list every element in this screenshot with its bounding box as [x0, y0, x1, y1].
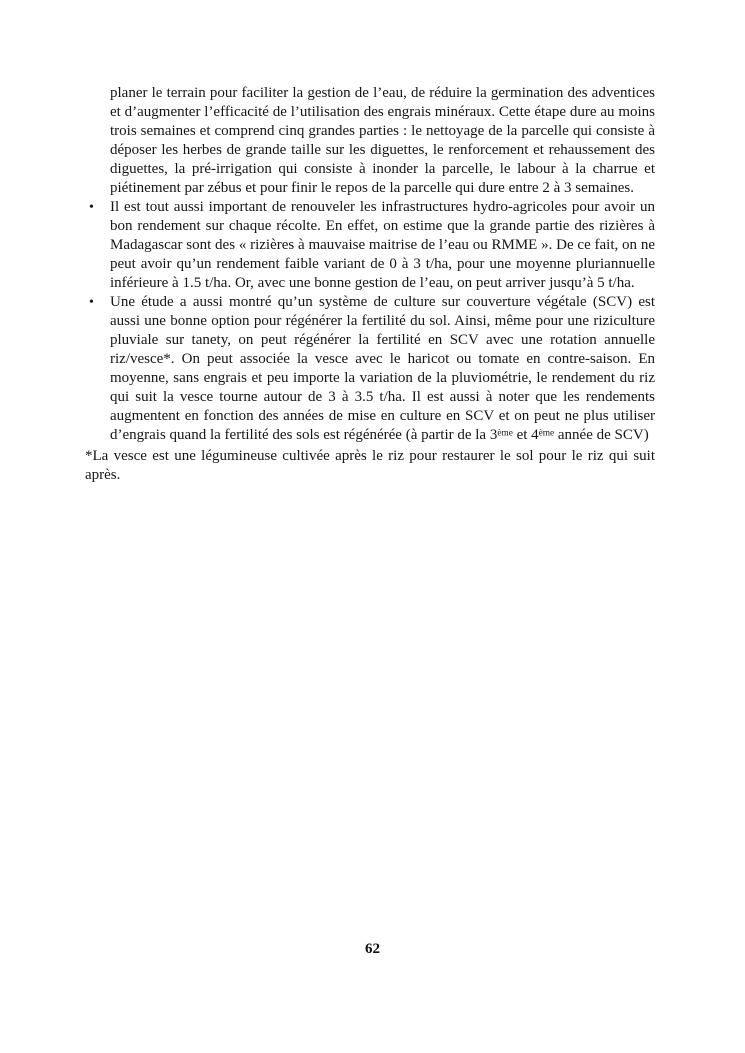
- superscript-ordinal: ème: [497, 428, 512, 438]
- superscript-ordinal: ème: [539, 428, 554, 438]
- intro-paragraph: planer le terrain pour faciliter la gest…: [110, 84, 655, 198]
- footnote-text: *La vesce est une légumineuse cultivée a…: [85, 447, 655, 485]
- text-segment: Une étude a aussi montré qu’un système d…: [110, 294, 655, 443]
- bullet-text-scv: Une étude a aussi montré qu’un système d…: [110, 293, 655, 445]
- bullet-text-infrastructures: Il est tout aussi important de renouvele…: [110, 198, 655, 293]
- text-segment: Il est tout aussi important de renouvele…: [110, 199, 655, 291]
- page-number: 62: [0, 941, 745, 958]
- document-content: planer le terrain pour faciliter la gest…: [85, 84, 655, 485]
- bullet-icon: •: [85, 198, 110, 293]
- bullet-list: • Il est tout aussi important de renouve…: [85, 198, 655, 445]
- bullet-icon: •: [85, 293, 110, 445]
- text-segment: année de SCV): [554, 427, 649, 443]
- bullet-item-infrastructures: • Il est tout aussi important de renouve…: [85, 198, 655, 293]
- document-page: planer le terrain pour faciliter la gest…: [0, 0, 745, 1053]
- bullet-item-scv: • Une étude a aussi montré qu’un système…: [85, 293, 655, 445]
- text-segment: et 4: [513, 427, 539, 443]
